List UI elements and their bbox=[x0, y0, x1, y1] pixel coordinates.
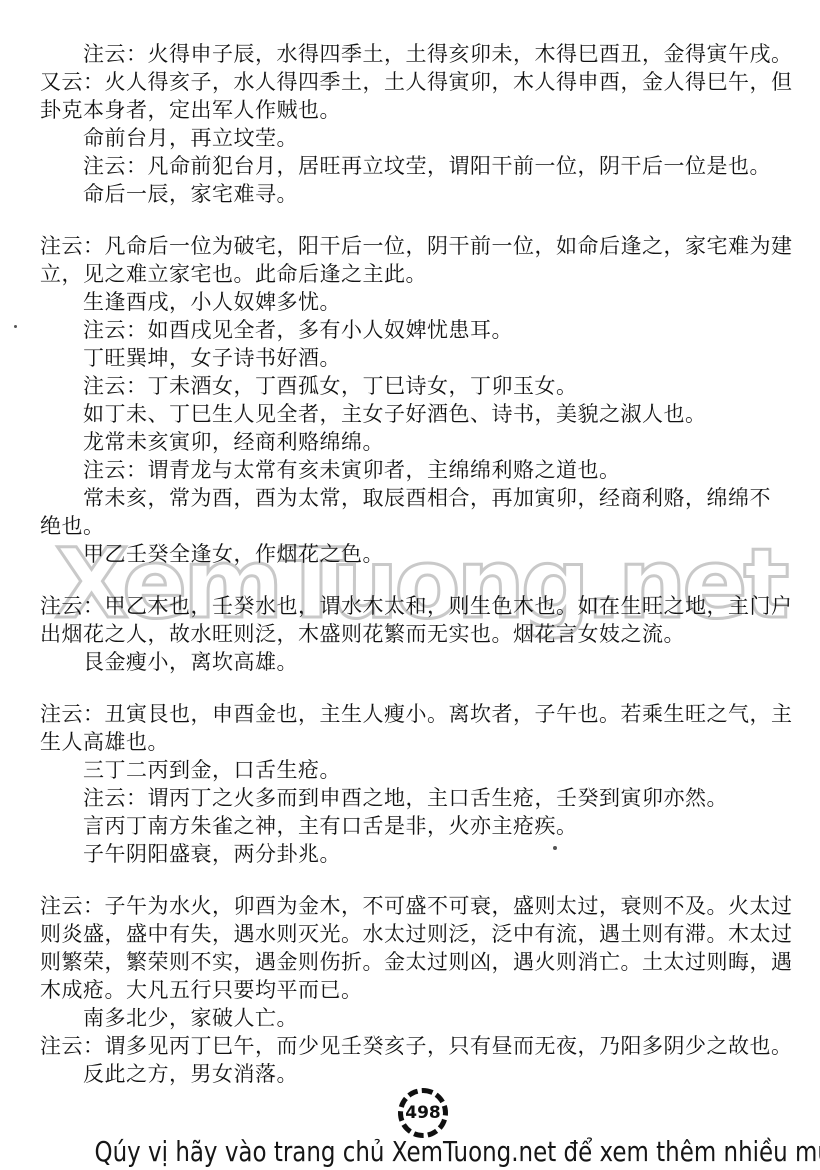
text-line: 卦克本身者，定出军人作贼也。 bbox=[40, 96, 792, 124]
text-line: 命后一辰，家宅难寻。 bbox=[40, 180, 792, 208]
text-line: 三丁二丙到金，口舌生疮。 bbox=[40, 756, 792, 784]
text-line: 注云：丁未酒女，丁酉孤女，丁巳诗女，丁卯玉女。 bbox=[40, 372, 792, 400]
text-line: 木成疮。大凡五行只要均平而已。 bbox=[40, 976, 792, 1004]
text-line: 反此之方，男女消落。 bbox=[40, 1060, 792, 1088]
page-number: 498 bbox=[405, 1103, 441, 1123]
text-line: 言丙丁南方朱雀之神，主有口舌是非，火亦主疮疾。 bbox=[40, 812, 792, 840]
text-line: 注云：火得申子辰，水得四季土，土得亥卯未，木得巳酉丑，金得寅午戌。 bbox=[40, 40, 792, 68]
footer-banner: Qúy vị hãy vào trang chủ XemTuong.net để… bbox=[0, 1135, 820, 1168]
text-line: 注云：谓丙丁之火多而到申酉之地，主口舌生疮，壬癸到寅卯亦然。 bbox=[40, 784, 792, 812]
text-line: 子午阴阳盛衰，两分卦兆。 bbox=[40, 840, 792, 868]
text-line: 丁旺巽坤，女子诗书好酒。 bbox=[40, 344, 792, 372]
text-line: 又云：火人得亥子，水人得四季土，土人得寅卯，木人得申酉，金人得巳午，但 bbox=[40, 68, 792, 96]
text-line: 注云：谓多见丙丁巳午，而少见壬癸亥子，只有昼而无夜，乃阳多阴少之故也。 bbox=[40, 1032, 792, 1060]
text-line: 注云：凡命后一位为破宅，阳干后一位，阴干前一位，如命后逢之，家宅难为建 bbox=[40, 232, 792, 260]
text-line: 注云：谓青龙与太常有亥未寅卯者，主绵绵利赂之道也。 bbox=[40, 456, 792, 484]
text-line: 则繁荣，繁荣则不实，遇金则伤折。金太过则凶，遇火则消亡。土太过则晦，遇 bbox=[40, 948, 792, 976]
body-text-block: 注云：火得申子辰，水得四季土，土得亥卯未，木得巳酉丑，金得寅午戌。又云：火人得亥… bbox=[40, 40, 792, 1088]
text-line: 出烟花之人，故水旺则泛，木盛则花繁而无实也。烟花言女妓之流。 bbox=[40, 620, 792, 648]
text-line: 注云：丑寅艮也，申酉金也，主生人瘦小。离坎者，子午也。若乘生旺之气，主 bbox=[40, 700, 792, 728]
text-line: 注云：凡命前犯台月，居旺再立坟茔，谓阳干前一位，阴干后一位是也。 bbox=[40, 152, 792, 180]
text-line: 生逢酉戌，小人奴婢多忧。 bbox=[40, 288, 792, 316]
scan-speck bbox=[553, 846, 557, 850]
text-line: 南多北少，家破人亡。 bbox=[40, 1004, 792, 1032]
text-line: 立，见之难立家宅也。此命后逢之主此。 bbox=[40, 260, 792, 288]
text-line: 生人高雄也。 bbox=[40, 728, 792, 756]
text-line: 如丁未、丁巳生人见全者，主女子好酒色、诗书，美貌之淑人也。 bbox=[40, 400, 792, 428]
text-line: 绝也。 bbox=[40, 512, 792, 540]
text-line: 艮金瘦小，离坎高雄。 bbox=[40, 648, 792, 676]
text-line: 注云：子午为水火，卯酉为金木，不可盛不可衰，盛则太过，衰则不及。火太过 bbox=[40, 892, 792, 920]
text-line: 命前台月，再立坟茔。 bbox=[40, 124, 792, 152]
scanned-book-page: XemTuong.net 注云：火得申子辰，水得四季土，土得亥卯未，木得巳酉丑，… bbox=[0, 0, 820, 1170]
text-line: 注云：甲乙木也，壬癸水也，谓水木太和，则生色木也。如在生旺之地，主门户 bbox=[40, 592, 792, 620]
text-line: 则炎盛，盛中有失，遇水则灭光。水太过则泛，泛中有流，遇土则有滞。木太过 bbox=[40, 920, 792, 948]
text-line: 注云：如酉戌见全者，多有小人奴婢忧患耳。 bbox=[40, 316, 792, 344]
text-line: 甲乙壬癸全逢女，作烟花之色。 bbox=[40, 540, 792, 568]
scan-speck bbox=[14, 325, 17, 328]
text-line: 常未亥，常为酉，酉为太常，取辰酉相合，再加寅卯，经商利赂，绵绵不 bbox=[40, 484, 792, 512]
text-line: 龙常未亥寅卯，经商利赂绵绵。 bbox=[40, 428, 792, 456]
footer-promo-text: Qúy vị hãy vào trang chủ XemTuong.net để… bbox=[95, 1135, 820, 1168]
page-number-badge: 498 bbox=[398, 1088, 448, 1138]
